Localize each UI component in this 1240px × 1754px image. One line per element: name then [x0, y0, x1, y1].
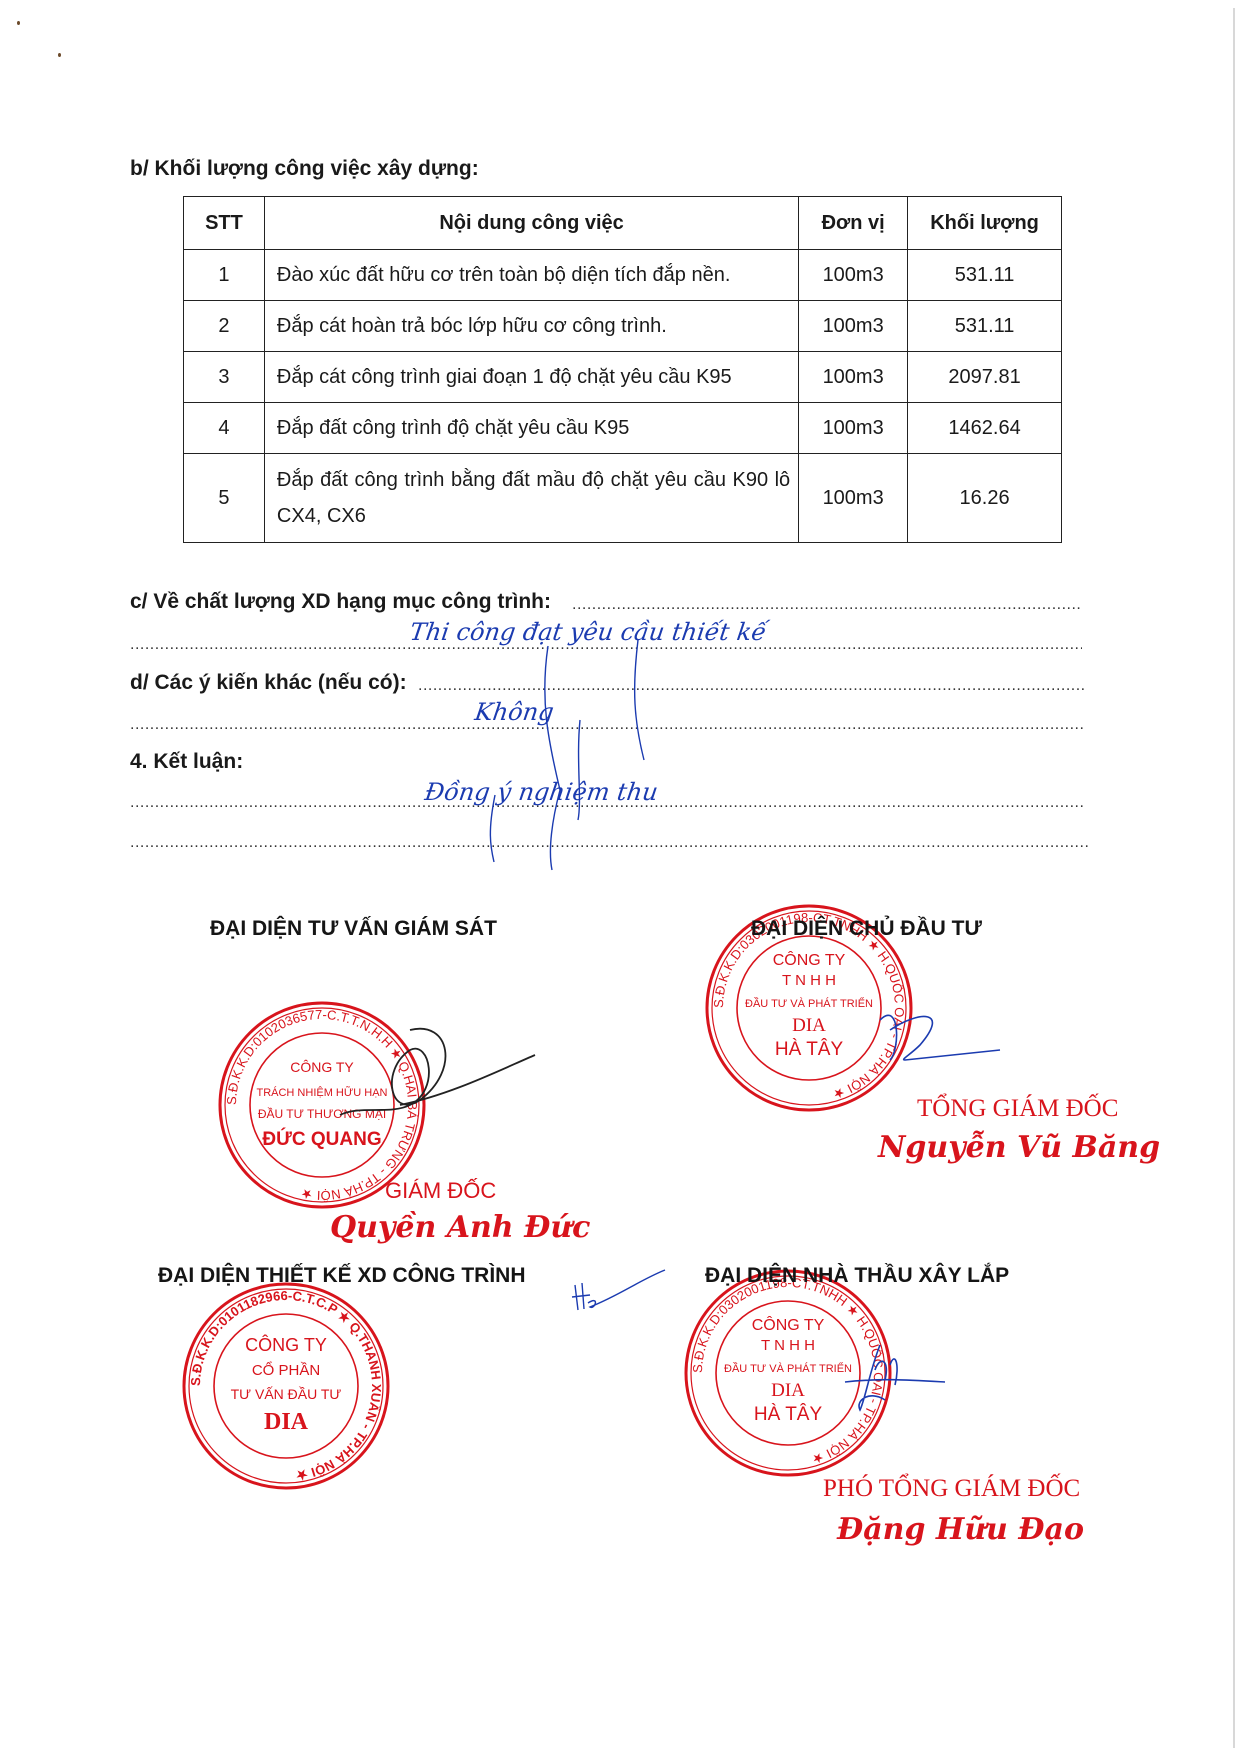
- svg-text:CÔNG TY: CÔNG TY: [245, 1334, 327, 1355]
- signature-duc: [300, 1010, 540, 1130]
- svg-text:ĐẦU TƯ VÀ PHÁT TRIỂN: ĐẦU TƯ VÀ PHÁT TRIỂN: [745, 997, 873, 1010]
- svg-text:CÔNG TY: CÔNG TY: [752, 1315, 825, 1334]
- signatory-role: PHÓ TỔNG GIÁM ĐỐC: [823, 1475, 1080, 1503]
- svg-text:DIA: DIA: [264, 1409, 309, 1435]
- svg-text:DIA: DIA: [771, 1380, 805, 1401]
- signatory-name: Nguyễn Vũ Băng: [878, 1130, 1160, 1165]
- svg-text:CỔ PHẦN: CỔ PHẦN: [252, 1361, 320, 1379]
- svg-text:HÀ TÂY: HÀ TÂY: [754, 1403, 823, 1425]
- signatory-role: GIÁM ĐỐC: [385, 1178, 496, 1204]
- svg-text:T N H H: T N H H: [782, 972, 836, 989]
- signatory-title-supervision: ĐẠI DIỆN TƯ VẤN GIÁM SÁT: [210, 917, 497, 941]
- signature-initials: [570, 1265, 670, 1315]
- svg-text:DIA: DIA: [792, 1015, 826, 1036]
- company-seal-dia-consulting: S.Đ.K.K.D:0101182966-C.T.C.P ★ Q.THANH X…: [181, 1281, 391, 1491]
- handwriting-strokes: [0, 0, 1240, 900]
- signatory-name: Đặng Hữu Đạo: [837, 1512, 1084, 1547]
- svg-text:T N H H: T N H H: [761, 1337, 815, 1354]
- svg-text:CÔNG TY: CÔNG TY: [773, 950, 846, 969]
- svg-text:ĐẦU TƯ VÀ PHÁT TRIỂN: ĐẦU TƯ VÀ PHÁT TRIỂN: [724, 1362, 852, 1375]
- signatory-role: TỔNG GIÁM ĐỐC: [917, 1095, 1118, 1123]
- svg-text:TƯ VẤN ĐẦU TƯ: TƯ VẤN ĐẦU TƯ: [231, 1386, 342, 1402]
- signatory-title-contractor: ĐẠI DIỆN NHÀ THẦU XÂY LẮP: [705, 1264, 1009, 1288]
- signatory-name: Quyền Anh Đức: [330, 1210, 590, 1245]
- signature-dao: [840, 1340, 950, 1420]
- signature-bang: [860, 990, 1010, 1070]
- svg-text:ĐỨC QUANG: ĐỨC QUANG: [262, 1128, 381, 1150]
- svg-text:HÀ TÂY: HÀ TÂY: [775, 1038, 844, 1060]
- signatory-title-investor: ĐẠI DIỆN CHỦ ĐẦU TƯ: [751, 917, 982, 941]
- signatory-title-design: ĐẠI DIỆN THIẾT KẾ XD CÔNG TRÌNH: [158, 1264, 526, 1288]
